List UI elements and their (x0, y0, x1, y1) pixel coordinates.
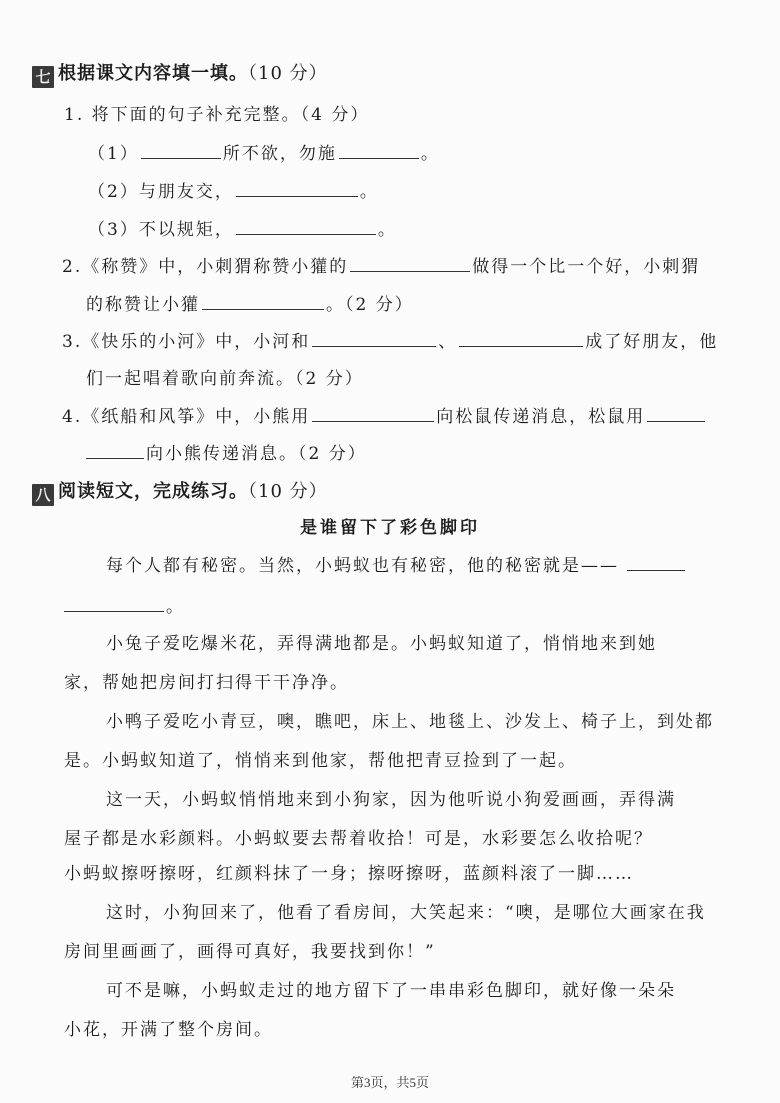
section-8-badge: 八 (32, 484, 54, 506)
question-2-line-2: 的称赞让小獾。（2 分） (86, 292, 414, 317)
page-number: 第3页，共5页 (0, 1072, 780, 1091)
passage-line: 小兔子爱吃爆米花，弄得满地都是。小蚂蚁知道了，悄悄地来到她 (106, 632, 657, 656)
passage-line: 每个人都有秘密。当然，小蚂蚁也有秘密，他的秘密就是—— (106, 553, 687, 578)
question-text: 做得一个比一个好，小刺猬 (472, 257, 700, 277)
item-label: （2） (88, 182, 139, 202)
answer-blank[interactable] (141, 141, 221, 159)
answer-blank[interactable] (350, 254, 470, 272)
item-text: 不以规矩， (139, 220, 234, 240)
passage-line: 可不是嘛，小蚂蚁走过的地方留下了一串串彩色脚印，就好像一朵朵 (106, 979, 676, 1003)
question-text: 成了好朋友，他 (585, 332, 718, 352)
answer-blank[interactable] (236, 217, 376, 235)
question-text: 4.《纸船和风筝》中，小熊用 (62, 407, 310, 427)
question-3-line-1: 3.《快乐的小河》中，小河和、成了好朋友，他 (62, 329, 718, 354)
question-1-item-1: （1）所不欲，勿施。 (88, 141, 440, 166)
answer-blank[interactable] (236, 179, 358, 197)
answer-blank[interactable] (86, 441, 144, 459)
passage-line: 家，帮她把房间打扫得干干净净。 (64, 671, 349, 695)
section-7-score: （10 分） (248, 63, 328, 84)
question-1-item-3: （3）不以规矩，。 (88, 217, 397, 242)
question-text: 向松鼠传递消息，松鼠用 (436, 407, 645, 427)
answer-blank[interactable] (312, 404, 434, 422)
item-label: （3） (88, 220, 139, 240)
passage-line: 小蚂蚁擦呀擦呀，红颜料抹了一身；擦呀擦呀，蓝颜料滚了一脚…… (64, 862, 634, 886)
section-8-heading: 八阅读短文，完成练习。（10 分） (32, 480, 328, 506)
question-text: 3.《快乐的小河》中，小河和 (62, 332, 310, 352)
passage-line: 小鸭子爱吃小青豆，噢，瞧吧，床上、地毯上、沙发上、椅子上，到处都 (106, 710, 714, 734)
passage-text: 每个人都有秘密。当然，小蚂蚁也有秘密，他的秘密就是—— (106, 556, 619, 576)
separator: 、 (438, 332, 457, 352)
item-text: 所不欲，勿施 (223, 144, 337, 164)
question-3-line-2: 们一起唱着歌向前奔流。（2 分） (86, 367, 364, 391)
passage-text: 。 (166, 597, 185, 617)
section-8-title: 阅读短文，完成练习。 (58, 481, 248, 502)
passage-line: 房间里画画了，画得可真好，我要找到你！” (64, 940, 436, 964)
passage-line: 是。小蚂蚁知道了，悄悄来到他家，帮他把青豆捡到了一起。 (64, 749, 577, 773)
item-text: 与朋友交， (139, 182, 234, 202)
answer-blank[interactable] (459, 329, 583, 347)
item-end: 。 (360, 182, 379, 202)
answer-blank[interactable] (339, 141, 419, 159)
item-end: 。 (421, 144, 440, 164)
answer-blank[interactable] (647, 404, 705, 422)
question-1-stem: 1. 将下面的句子补充完整。（4 分） (64, 103, 369, 127)
question-text: 的称赞让小獾 (86, 295, 200, 315)
section-8-score: （10 分） (248, 481, 328, 502)
answer-blank[interactable] (627, 553, 685, 571)
question-text: 向小熊传递消息。（2 分） (146, 444, 367, 464)
question-1-item-2: （2）与朋友交，。 (88, 179, 379, 204)
passage-line: 这时，小狗回来了，他看了看房间，大笑起来：“噢，是哪位大画家在我 (106, 901, 706, 925)
item-end: 。 (378, 220, 397, 240)
section-7-heading: 七根据课文内容填一填。（10 分） (32, 62, 328, 88)
answer-blank[interactable] (312, 329, 436, 347)
section-7-title: 根据课文内容填一填。 (58, 63, 248, 84)
question-text: 。（2 分） (326, 295, 414, 315)
passage-line: 小花，开满了整个房间。 (64, 1018, 273, 1042)
question-4-line-2: 向小熊传递消息。（2 分） (86, 441, 367, 466)
answer-blank[interactable] (64, 594, 164, 612)
passage-line: 屋子都是水彩颜料。小蚂蚁要去帮着收拾！可是，水彩要怎么收拾呢？ (64, 827, 653, 851)
question-4-line-1: 4.《纸船和风筝》中，小熊用向松鼠传递消息，松鼠用 (62, 404, 707, 429)
question-text: 2.《称赞》中，小刺猬称赞小獾的 (62, 257, 348, 277)
question-2-line-1: 2.《称赞》中，小刺猬称赞小獾的做得一个比一个好，小刺猬 (62, 254, 700, 279)
passage-line: 这一天，小蚂蚁悄悄地来到小狗家，因为他听说小狗爱画画，弄得满 (106, 788, 676, 812)
answer-blank[interactable] (202, 292, 324, 310)
section-7-badge: 七 (32, 66, 54, 88)
item-label: （1） (88, 144, 139, 164)
passage-line: 。 (64, 594, 185, 619)
passage-title: 是谁留下了彩色脚印 (0, 516, 780, 540)
